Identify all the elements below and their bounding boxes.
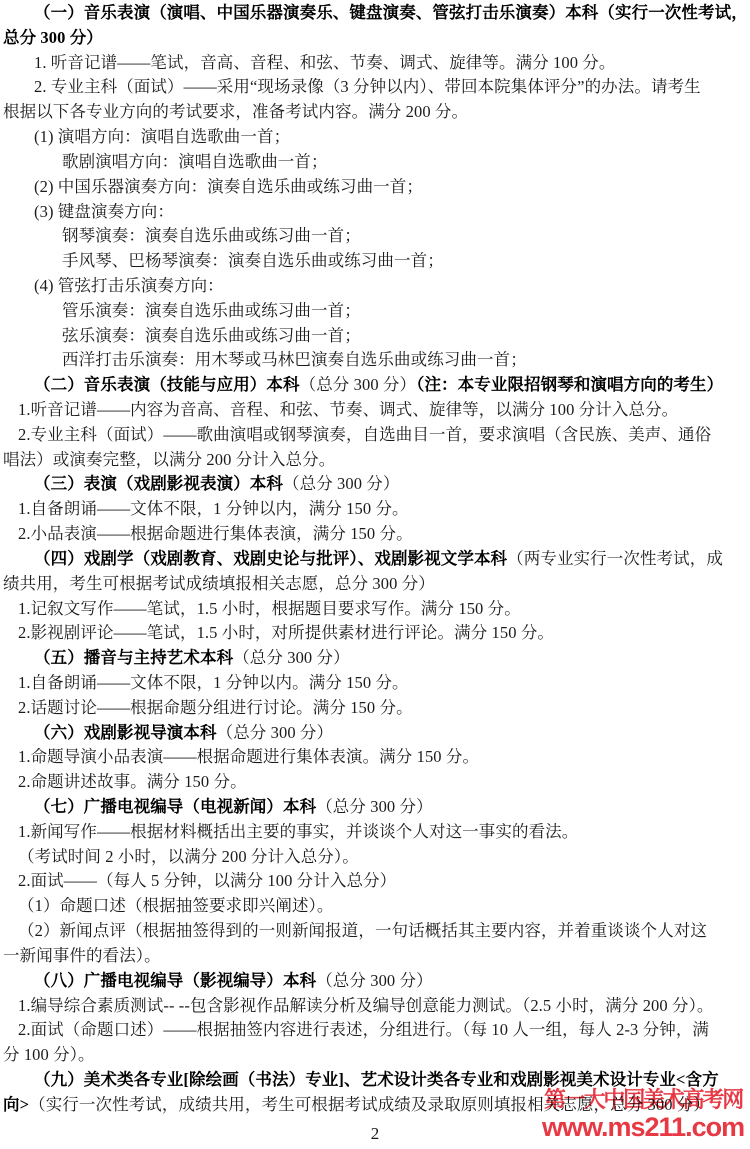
bold-text-segment: （三）表演（戏剧影视表演）本科 <box>34 474 283 493</box>
document-line: （2）新闻点评（根据抽签得到的一则新闻报道，一句话概括其主要内容，并着重谈谈个人… <box>3 919 748 944</box>
document-line: 手风琴、巴杨琴演奏：演奏自选乐曲或练习曲一首； <box>3 249 748 274</box>
text-segment: 分 100 分）。 <box>3 1045 95 1064</box>
document-line: 2.专业主科（面试）——歌曲演唱或钢琴演奏，自选曲目一首，要求演唱（含民族、美声… <box>3 423 748 448</box>
text-segment: 1.记叙文写作——笔试，1.5 小时，根据题目要求写作。满分 150 分。 <box>18 599 521 618</box>
text-segment: （总分 300 分） <box>300 375 417 394</box>
text-segment: 2. 专业主科（面试）——采用“现场录像（3 分钟以内）、带回本院集体评分”的办… <box>34 77 701 96</box>
document-line: 分 100 分）。 <box>3 1043 748 1068</box>
document-line: （考试时间 2 小时，以满分 200 分计入总分）。 <box>3 845 748 870</box>
text-segment: 弦乐演奏：演奏自选乐曲或练习曲一首； <box>62 326 361 345</box>
document-line: 管乐演奏：演奏自选乐曲或练习曲一首； <box>3 299 748 324</box>
bold-text-segment: （七）广播电视编导（电视新闻）本科 <box>34 797 316 816</box>
text-segment: 1. 听音记谱——笔试，音高、音程、和弦、节奏、调式、旋律等。满分 100 分。 <box>34 53 616 72</box>
bold-text-segment: （一）音乐表演（演唱、中国乐器演奏乐、键盘演奏、管弦打击乐演奏）本科（实行一次性… <box>34 3 748 22</box>
text-segment: 管乐演奏：演奏自选乐曲或练习曲一首； <box>62 301 361 320</box>
bold-text-segment: （六）戏剧影视导演本科 <box>34 723 217 742</box>
document-line: 弦乐演奏：演奏自选乐曲或练习曲一首； <box>3 324 748 349</box>
document-line: 1.命题导演小品表演——根据命题进行集体表演。满分 150 分。 <box>3 745 748 770</box>
text-segment: （总分 300 分） <box>217 723 334 742</box>
text-segment: 根据以下各专业方向的考试要求，准备考试内容。满分 200 分。 <box>3 102 468 121</box>
text-segment: 2.面试——（每人 5 分钟，以满分 100 分计入总分） <box>18 871 396 890</box>
text-segment: 1.新闻写作——根据材料概括出主要的事实，并谈谈个人对这一事实的看法。 <box>18 822 578 841</box>
document-line: （七）广播电视编导（电视新闻）本科（总分 300 分） <box>3 795 748 820</box>
text-segment: 歌剧演唱方向：演唱自选歌曲一首； <box>62 152 328 171</box>
document-line: 1.自备朗诵——文体不限，1 分钟以内，满分 150 分。 <box>3 497 748 522</box>
text-segment: （实行一次性考试，成绩共用，考生可根据考试成绩及录取原则填报相关志愿，总分 30… <box>29 1095 710 1114</box>
document-line: 西洋打击乐演奏：用木琴或马林巴演奏自选乐曲或练习曲一首； <box>3 348 748 373</box>
bold-text-segment: 向> <box>3 1095 29 1114</box>
bold-text-segment: （九）美术类各专业[除绘画（书法）专业]、艺术设计类各专业和戏剧影视美术设计专业… <box>34 1070 719 1089</box>
document-line: 1.编导综合素质测试-- --包含影视作品解读分析及编导创意能力测试。（2.5 … <box>3 994 748 1019</box>
page-number: 2 <box>0 1122 750 1146</box>
text-segment: 1.自备朗诵——文体不限，1 分钟以内。满分 150 分。 <box>18 673 409 692</box>
document-line: 2.小品表演——根据命题进行集体表演，满分 150 分。 <box>3 522 748 547</box>
text-segment: 2.命题讲述故事。满分 150 分。 <box>18 772 247 791</box>
text-segment: 钢琴演奏：演奏自选乐曲或练习曲一首； <box>62 226 361 245</box>
document-line: 1.记叙文写作——笔试，1.5 小时，根据题目要求写作。满分 150 分。 <box>3 597 748 622</box>
text-segment: 1.自备朗诵——文体不限，1 分钟以内，满分 150 分。 <box>18 499 409 518</box>
text-segment: (1) 演唱方向：演唱自选歌曲一首； <box>34 127 290 146</box>
document-line: 总分 300 分） <box>3 26 748 51</box>
document-line: （1）命题口述（根据抽签要求即兴阐述）。 <box>3 894 748 919</box>
text-segment: 一新闻事件的看法）。 <box>3 946 161 965</box>
document-line: 一新闻事件的看法）。 <box>3 944 748 969</box>
document-line: (1) 演唱方向：演唱自选歌曲一首； <box>3 125 748 150</box>
document-line: 唱法）或演奏完整，以满分 200 分计入总分。 <box>3 448 748 473</box>
text-segment: （总分 300 分） <box>316 797 433 816</box>
text-segment: 1.命题导演小品表演——根据命题进行集体表演。满分 150 分。 <box>18 747 479 766</box>
document-line: 钢琴演奏：演奏自选乐曲或练习曲一首； <box>3 224 748 249</box>
document-line: （一）音乐表演（演唱、中国乐器演奏乐、键盘演奏、管弦打击乐演奏）本科（实行一次性… <box>3 1 748 26</box>
text-segment: (3) 键盘演奏方向： <box>34 202 174 221</box>
document-line: 2.影视剧评论——笔试，1.5 小时，对所提供素材进行评论。满分 150 分。 <box>3 621 748 646</box>
document-body: （一）音乐表演（演唱、中国乐器演奏乐、键盘演奏、管弦打击乐演奏）本科（实行一次性… <box>0 0 750 1118</box>
document-line: 2. 专业主科（面试）——采用“现场录像（3 分钟以内）、带回本院集体评分”的办… <box>3 75 748 100</box>
text-segment: （总分 300 分） <box>283 474 400 493</box>
document-line: （四）戏剧学（戏剧教育、戏剧史论与批评）、戏剧影视文学本科（两专业实行一次性考试… <box>3 547 748 572</box>
text-segment: 2.专业主科（面试）——歌曲演唱或钢琴演奏，自选曲目一首，要求演唱（含民族、美声… <box>18 425 711 444</box>
document-line: （三）表演（戏剧影视表演）本科（总分 300 分） <box>3 472 748 497</box>
bold-text-segment: （八）广播电视编导（影视编导）本科 <box>34 971 316 990</box>
document-line: 2.话题讨论——根据命题分组进行讨论。满分 150 分。 <box>3 696 748 721</box>
text-segment: 2.话题讨论——根据命题分组进行讨论。满分 150 分。 <box>18 698 413 717</box>
text-segment: 2.小品表演——根据命题进行集体表演，满分 150 分。 <box>18 524 413 543</box>
bold-text-segment: （注：本专业限招钢琴和演唱方向的考生） <box>416 375 723 394</box>
text-segment: (2) 中国乐器演奏方向：演奏自选乐曲或练习曲一首； <box>34 177 423 196</box>
bold-text-segment: （五）播音与主持艺术本科 <box>34 648 233 667</box>
text-segment: （总分 300 分） <box>316 971 433 990</box>
document-line: 2.面试（命题口述）——根据抽签内容进行表述，分组进行。（每 10 人一组，每人… <box>3 1018 748 1043</box>
text-segment: 2.面试（命题口述）——根据抽签内容进行表述，分组进行。（每 10 人一组，每人… <box>18 1020 709 1039</box>
document-line: 向>（实行一次性考试，成绩共用，考生可根据考试成绩及录取原则填报相关志愿，总分 … <box>3 1093 748 1118</box>
document-line: （六）戏剧影视导演本科（总分 300 分） <box>3 721 748 746</box>
text-segment: （两专业实行一次性考试，成 <box>507 549 723 568</box>
text-segment: 1.编导综合素质测试-- --包含影视作品解读分析及编导创意能力测试。（2.5 … <box>18 996 714 1015</box>
document-line: （五）播音与主持艺术本科（总分 300 分） <box>3 646 748 671</box>
document-line: 1.听音记谱——内容为音高、音程、和弦、节奏、调式、旋律等，以满分 100 分计… <box>3 398 748 423</box>
document-line: (3) 键盘演奏方向： <box>3 200 748 225</box>
text-segment: 唱法）或演奏完整，以满分 200 分计入总分。 <box>3 450 335 469</box>
document-line: 1. 听音记谱——笔试，音高、音程、和弦、节奏、调式、旋律等。满分 100 分。 <box>3 51 748 76</box>
document-line: 2.命题讲述故事。满分 150 分。 <box>3 770 748 795</box>
document-line: （八）广播电视编导（影视编导）本科（总分 300 分） <box>3 969 748 994</box>
document-line: (4) 管弦打击乐演奏方向： <box>3 274 748 299</box>
bold-text-segment: （二）音乐表演（技能与应用）本科 <box>34 375 300 394</box>
document-line: 1.新闻写作——根据材料概括出主要的事实，并谈谈个人对这一事实的看法。 <box>3 820 748 845</box>
text-segment: （1）命题口述（根据抽签要求即兴阐述）。 <box>18 896 334 915</box>
text-segment: 手风琴、巴杨琴演奏：演奏自选乐曲或练习曲一首； <box>62 251 444 270</box>
document-line: 歌剧演唱方向：演唱自选歌曲一首； <box>3 150 748 175</box>
bold-text-segment: （四）戏剧学（戏剧教育、戏剧史论与批评）、戏剧影视文学本科 <box>34 549 507 568</box>
text-segment: 1.听音记谱——内容为音高、音程、和弦、节奏、调式、旋律等，以满分 100 分计… <box>18 400 678 419</box>
text-segment: 西洋打击乐演奏：用木琴或马林巴演奏自选乐曲或练习曲一首； <box>62 350 527 369</box>
document-line: 绩共用，考生可根据考试成绩填报相关志愿，总分 300 分） <box>3 572 748 597</box>
document-line: (2) 中国乐器演奏方向：演奏自选乐曲或练习曲一首； <box>3 175 748 200</box>
document-line: （二）音乐表演（技能与应用）本科（总分 300 分）（注：本专业限招钢琴和演唱方… <box>3 373 748 398</box>
text-segment: （总分 300 分） <box>233 648 350 667</box>
document-line: （九）美术类各专业[除绘画（书法）专业]、艺术设计类各专业和戏剧影视美术设计专业… <box>3 1068 748 1093</box>
document-line: 2.面试——（每人 5 分钟，以满分 100 分计入总分） <box>3 869 748 894</box>
text-segment: (4) 管弦打击乐演奏方向： <box>34 276 224 295</box>
document-line: 1.自备朗诵——文体不限，1 分钟以内。满分 150 分。 <box>3 671 748 696</box>
bold-text-segment: 总分 300 分） <box>3 28 103 47</box>
document-line: 根据以下各专业方向的考试要求，准备考试内容。满分 200 分。 <box>3 100 748 125</box>
text-segment: （2）新闻点评（根据抽签得到的一则新闻报道，一句话概括其主要内容，并着重谈谈个人… <box>18 921 707 940</box>
text-segment: （考试时间 2 小时，以满分 200 分计入总分）。 <box>18 847 359 866</box>
text-segment: 绩共用，考生可根据考试成绩填报相关志愿，总分 300 分） <box>3 574 435 593</box>
text-segment: 2.影视剧评论——笔试，1.5 小时，对所提供素材进行评论。满分 150 分。 <box>18 623 554 642</box>
